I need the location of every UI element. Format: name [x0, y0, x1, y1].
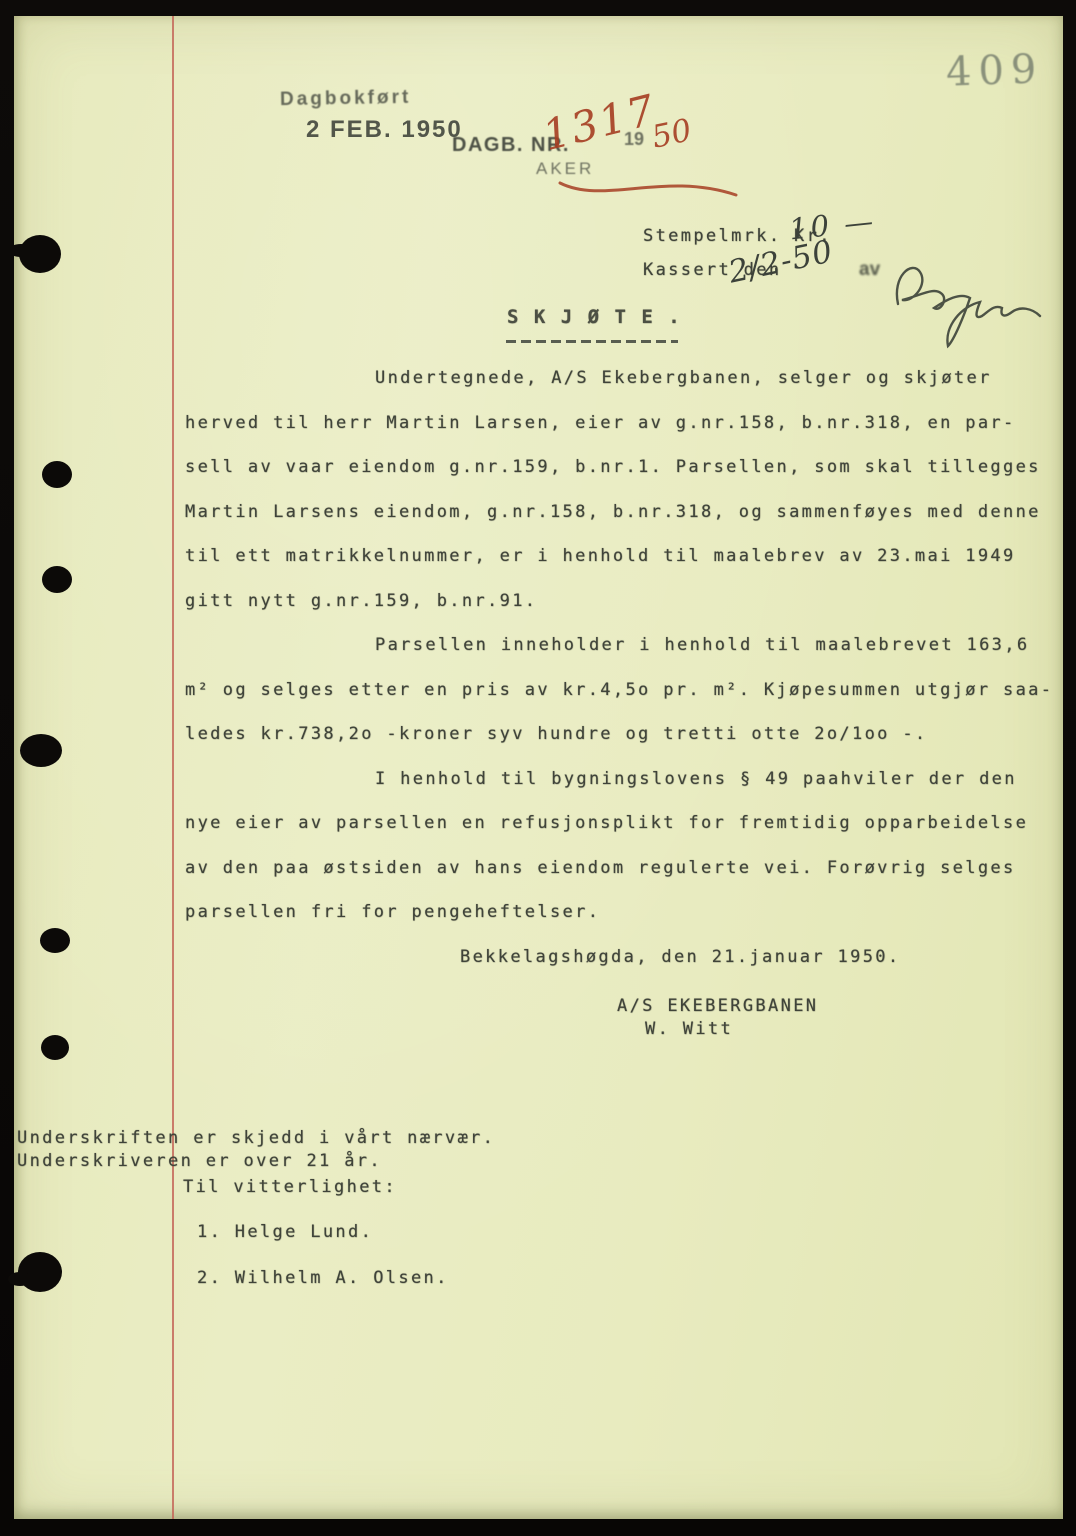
- deed-body-line: Parsellen inneholder i henhold til maale…: [185, 635, 1076, 680]
- witness-name: 2. Wilhelm A. Olsen.: [197, 1268, 449, 1288]
- cashier-signature: [890, 256, 1060, 351]
- seller-signer-name: W. Witt: [645, 1019, 733, 1039]
- punch-hole: [42, 461, 72, 488]
- deed-body-line: I henhold til bygningslovens § 49 paahvi…: [185, 769, 1076, 814]
- scanned-deed-page: 409 Dagbokført 2 FEB. 1950 DAGB. NR. AKE…: [0, 0, 1076, 1536]
- punch-hole-tear: [8, 1272, 32, 1286]
- red-pen-stroke: [554, 161, 744, 211]
- cancelled-by-stamp: av: [859, 259, 880, 281]
- deed-title: S K J Ø T E .: [507, 306, 682, 328]
- witness-name: 1. Helge Lund.: [197, 1222, 373, 1242]
- deed-body-line: av den paa østsiden av hans eiendom regu…: [185, 858, 1076, 903]
- journal-recorded-stamp: Dagbokført: [280, 87, 412, 111]
- deed-body-line: til ett matrikkelnummer, er i henhold ti…: [185, 546, 1076, 591]
- punch-hole: [41, 1035, 69, 1060]
- deed-body-line: m² og selges etter en pris av kr.4,5o pr…: [185, 680, 1076, 725]
- deed-body: Undertegnede, A/S Ekebergbanen, selger o…: [185, 368, 1076, 991]
- punch-hole: [20, 734, 62, 767]
- deed-body-line: herved til herr Martin Larsen, eier av g…: [185, 413, 1076, 458]
- deed-body-line: nye eier av parsellen en refusjonsplikt …: [185, 813, 1076, 858]
- punch-hole-tear: [8, 244, 34, 257]
- deed-body-line: gitt nytt g.nr.159, b.nr.91.: [185, 591, 1076, 636]
- attestation-line: Underskriveren er over 21 år.: [17, 1151, 382, 1171]
- deed-body-line: Undertegnede, A/S Ekebergbanen, selger o…: [185, 368, 1076, 413]
- date-stamp: 2 FEB. 1950: [306, 116, 463, 144]
- deed-body-line: sell av vaar eiendom g.nr.159, b.nr.1. P…: [185, 457, 1076, 502]
- seller-company-name: A/S EKEBERGBANEN: [617, 996, 818, 1016]
- page-number-stamp: 409: [945, 46, 1044, 95]
- attestation-line: Underskriften er skjedd i vårt nærvær.: [17, 1128, 495, 1148]
- paper-sheet: 409 Dagbokført 2 FEB. 1950 DAGB. NR. AKE…: [14, 16, 1063, 1519]
- deed-body-line: parsellen fri for pengeheftelser.: [185, 902, 1076, 947]
- handwritten-year: 50: [649, 112, 695, 155]
- punch-hole: [42, 566, 72, 593]
- punch-hole: [40, 928, 70, 953]
- deed-body-line: ledes kr.738,2o -kroner syv hundre og tr…: [185, 724, 1076, 769]
- margin-rule-line: [172, 16, 174, 1519]
- deed-dateline: Bekkelagshøgda, den 21.januar 1950.: [185, 947, 1076, 992]
- attestation-heading: Til vitterlighet:: [183, 1177, 397, 1197]
- title-underline: [506, 340, 678, 343]
- deed-body-line: Martin Larsens eiendom, g.nr.158, b.nr.3…: [185, 502, 1076, 547]
